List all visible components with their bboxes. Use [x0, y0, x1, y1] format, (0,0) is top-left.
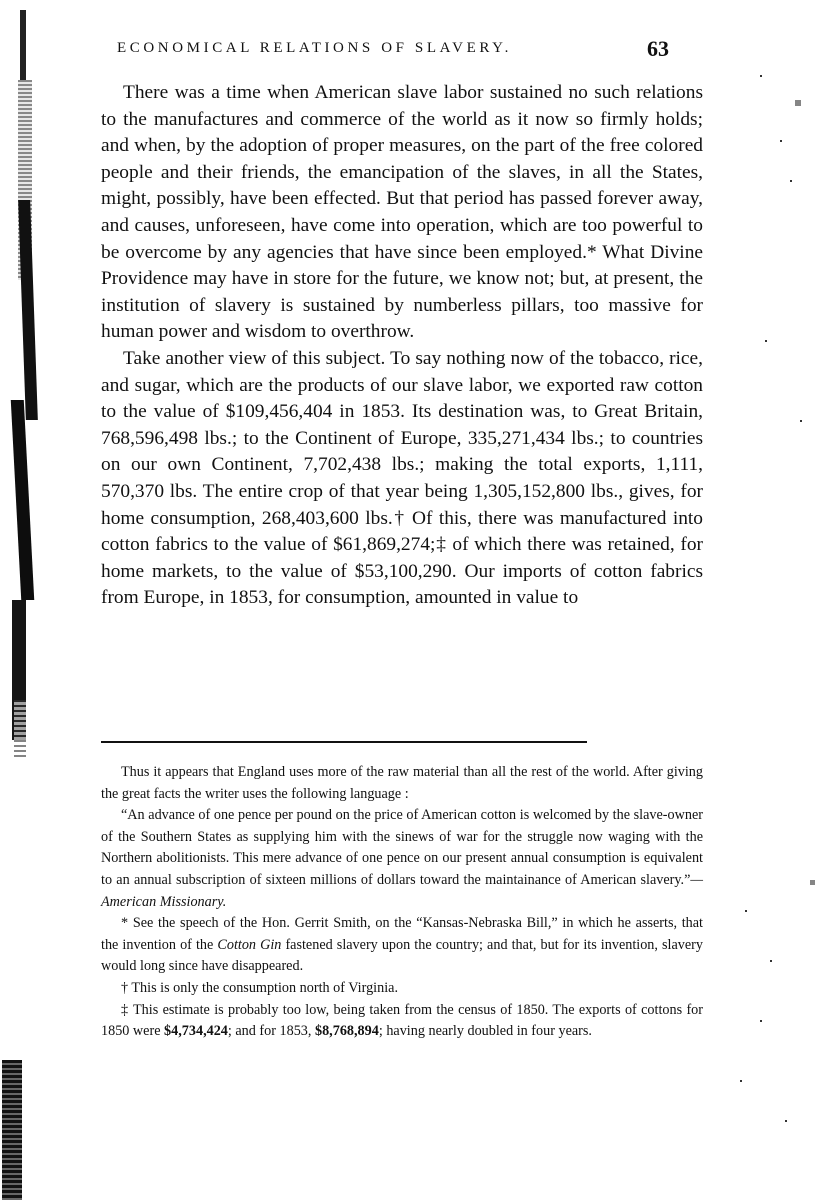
footnote-quote: “An advance of one pence per pound on th…: [101, 805, 703, 913]
speck: [760, 1020, 762, 1022]
spine-shadow-band: [18, 200, 38, 420]
footnote-continued-paragraph: Thus it appears that England uses more o…: [101, 762, 703, 805]
footnote-marker: ‡: [121, 1002, 129, 1018]
speck: [740, 1080, 742, 1082]
running-header: ECONOMICAL RELATIONS OF SLAVERY. 63: [117, 36, 717, 66]
running-title: ECONOMICAL RELATIONS OF SLAVERY.: [117, 40, 512, 57]
speck: [760, 75, 762, 77]
footnotes: Thus it appears that England uses more o…: [101, 762, 703, 1043]
footnote-text: This is only the consumption north of Vi…: [131, 980, 398, 996]
speck: [800, 420, 802, 422]
speck: [795, 100, 801, 106]
body-paragraph: Take another view of this subject. To sa…: [101, 346, 703, 612]
spine-shadow-band: [11, 400, 34, 600]
footnote-marker: †: [121, 980, 128, 996]
footnote-amount: $8,768,894: [315, 1023, 379, 1039]
speck: [780, 140, 782, 142]
footnote-separator-rule: [101, 741, 587, 743]
body-paragraph: There was a time when American slave lab…: [101, 80, 703, 346]
speck: [790, 180, 792, 182]
speck: [785, 1120, 787, 1122]
main-text: There was a time when American slave lab…: [101, 80, 703, 612]
footnote-text: ; and for 1853,: [228, 1023, 315, 1039]
speck: [770, 960, 772, 962]
footnote-marker: *: [121, 915, 128, 931]
spine-shadow-band: [20, 10, 26, 80]
book-spine-shadow: [0, 0, 40, 1200]
footnote-double-dagger: ‡ This estimate is probably too low, bei…: [101, 1000, 703, 1043]
spine-shadow-band: [2, 1060, 22, 1200]
speck: [810, 880, 815, 885]
page-number: 63: [647, 36, 669, 62]
speck: [765, 340, 767, 342]
footnote-italic-term: Cotton Gin: [217, 937, 281, 953]
spine-shadow-band: [14, 700, 26, 760]
speck: [745, 910, 747, 912]
footnote-text: ; having nearly doubled in four years.: [379, 1023, 592, 1039]
footnote-dagger: † This is only the consumption north of …: [101, 978, 703, 1000]
footnote-asterisk: * See the speech of the Hon. Gerrit Smit…: [101, 913, 703, 978]
footnote-amount: $4,734,424: [164, 1023, 228, 1039]
quote-text: “An advance of one pence per pound on th…: [101, 807, 703, 888]
